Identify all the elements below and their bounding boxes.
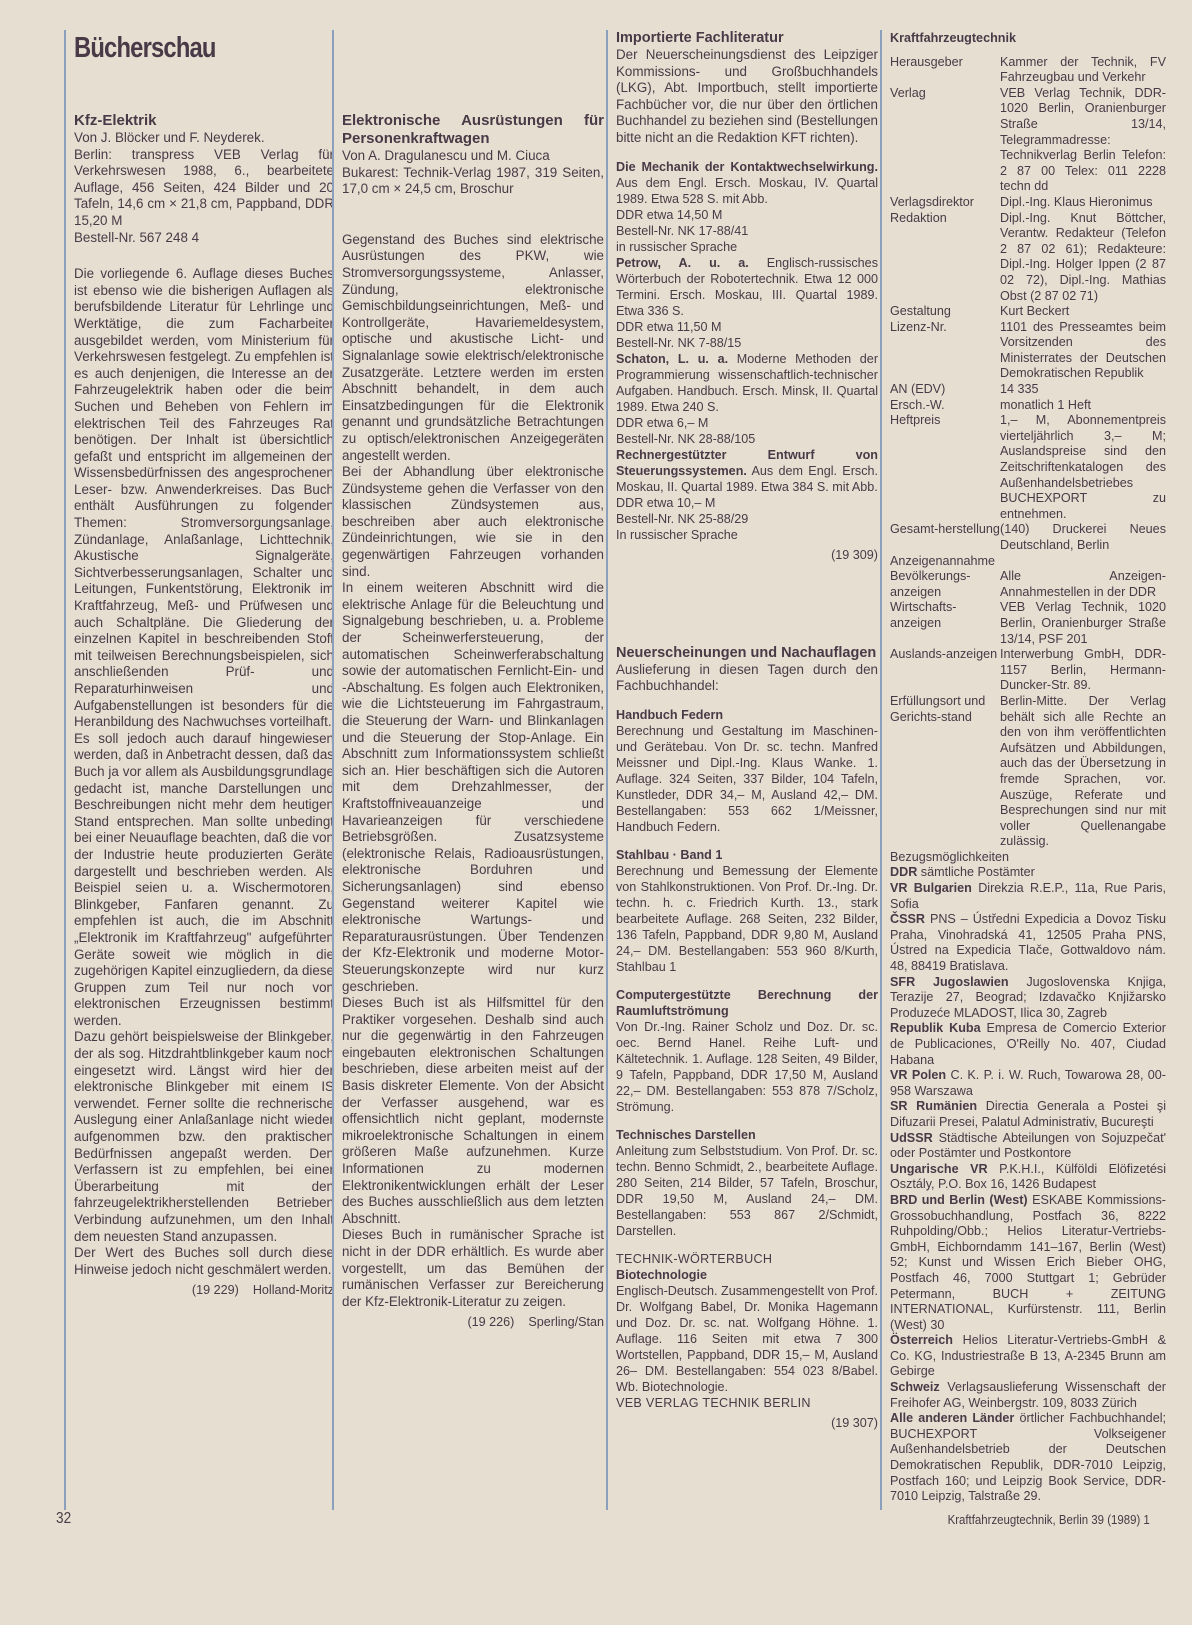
imprint-title: Kraftfahrzeugtechnik: [890, 30, 1166, 47]
reference-number: (19 307): [616, 1415, 878, 1431]
distribution-entry: SR Rumänien Directia Generala a Postei ş…: [890, 1099, 1166, 1130]
imported-entry: Die Mechanik der Kontaktwechselwirkung. …: [616, 159, 878, 255]
reference-number: (19 309): [616, 547, 878, 563]
imprint-row: Bevölkerungs-anzeigenAlle Anzeigen-Annah…: [890, 569, 1166, 600]
review-signature: (19 229)Holland-Moritz: [74, 1282, 334, 1299]
magazine-page: Bücherschau Kfz-Elektrik Von J. Blöcker …: [0, 0, 1192, 1625]
imprint-row: Auslands-anzeigenInterwerbung GmbH, DDR-…: [890, 647, 1166, 694]
distribution-entry: Alle anderen Länder örtlicher Fachbuchha…: [890, 1411, 1166, 1505]
book-publication-info: Berlin: transpress VEB Verlag für Verkeh…: [74, 147, 334, 230]
imprint-row: RedaktionDipl.-Ing. Knut Böttcher, Veran…: [890, 211, 1166, 305]
review-paragraph: Der Wert des Buches soll durch diese Hin…: [74, 1245, 334, 1278]
distribution-entry: Ungarische VR P.K.H.I., Külföldi Elöfize…: [890, 1162, 1166, 1193]
distribution-entry: BRD und Berlin (West) ESKABE Kommissions…: [890, 1193, 1166, 1333]
imprint-row: Lizenz-Nr.1101 des Presseamtes beim Vors…: [890, 320, 1166, 382]
book-authors: Von A. Dragulanescu und M. Ciuca: [342, 148, 604, 165]
imported-entry: Petrow, A. u. a. Englisch-russisches Wör…: [616, 255, 878, 351]
distribution-entry: Republik Kuba Empresa de Comercio Exteri…: [890, 1021, 1166, 1068]
distribution-entry: UdSSR Städtische Abteilungen von Sojuzpe…: [890, 1131, 1166, 1162]
book-order-number: Bestell-Nr. 567 248 4: [74, 230, 334, 247]
imprint-row: GestaltungKurt Beckert: [890, 304, 1166, 320]
book-title: Kfz-Elektrik: [74, 112, 334, 130]
page-number: 32: [56, 1510, 71, 1528]
review-paragraph: Gegenstand des Buches sind elektrische A…: [342, 232, 604, 464]
imported-entry: Schaton, L. u. a. Moderne Methoden der P…: [616, 351, 878, 447]
imprint-row: Heftpreis1,– M, Abonnementpreis viertelj…: [890, 413, 1166, 522]
reviewer-name: Holland-Moritz: [253, 1283, 334, 1297]
new-releases-heading: Neuerscheinungen und Nachauflagen: [616, 645, 878, 662]
reviewer-name: Sperling/Stan: [528, 1315, 604, 1329]
distribution-entry: SFR Jugoslawien Jugoslovenska Knjiga, Te…: [890, 975, 1166, 1022]
new-releases-intro: Auslieferung in diesen Tagen durch den F…: [616, 662, 878, 695]
column-review-elektronische-ausruestungen: Elektronische Ausrüstungen für Personenk…: [332, 30, 604, 1510]
new-release-entry: Handbuch Federn Berechnung und Gestaltun…: [616, 707, 878, 835]
review-signature: (19 226)Sperling/Stan: [342, 1314, 604, 1331]
reference-number: (19 229): [192, 1283, 239, 1297]
book-authors: Von J. Blöcker und F. Neyderek.: [74, 130, 334, 147]
publisher-name: VEB VERLAG TECHNIK BERLIN: [616, 1395, 878, 1411]
imported-literature-heading: Importierte Fachliteratur: [616, 30, 878, 47]
distribution-entry: VR Bulgarien Direkzia R.E.P., 11a, Rue P…: [890, 881, 1166, 912]
distribution-entry: Österreich Helios Literatur-Vertriebs-Gm…: [890, 1333, 1166, 1380]
imprint-row: Wirtschafts-anzeigenVEB Verlag Technik, …: [890, 600, 1166, 647]
page-section-title: Bücherschau: [74, 30, 287, 66]
imported-literature-intro: Der Neuerscheinungsdienst des Leipziger …: [616, 47, 878, 147]
ads-heading: Anzeigenannahme: [890, 554, 1166, 570]
dictionary-entry: TECHNIK-WÖRTERBUCH Biotechnologie Englis…: [616, 1251, 878, 1411]
new-release-entry: Computergestützte Berechnung der Raumluf…: [616, 987, 878, 1115]
imprint-row: AN (EDV)14 335: [890, 382, 1166, 398]
review-paragraph: Dazu gehört beispielsweise der Blinkgebe…: [74, 1029, 334, 1245]
imprint-row: Erfüllungsort und Gerichts-standBerlin-M…: [890, 694, 1166, 850]
imprint-row: HerausgeberKammer der Technik, FV Fahrze…: [890, 55, 1166, 86]
distribution-entry: Schweiz Verlagsauslieferung Wissenschaft…: [890, 1380, 1166, 1411]
review-paragraph: In einem weiteren Abschnitt wird die ele…: [342, 580, 604, 995]
new-release-entry: Technisches Darstellen Anleitung zum Sel…: [616, 1127, 878, 1239]
imprint-row: VerlagsdirektorDipl.-Ing. Klaus Hieronim…: [890, 195, 1166, 211]
review-paragraph: Es soll jedoch auch darauf hingewiesen w…: [74, 731, 334, 1030]
distribution-heading: Bezugsmöglichkeiten: [890, 850, 1166, 866]
distribution-entry: VR Polen C. K. P. i. W. Ruch, Towarowa 2…: [890, 1068, 1166, 1099]
new-release-entry: Stahlbau · Band 1 Berechnung und Bemessu…: [616, 847, 878, 975]
book-title: Elektronische Ausrüstungen für Personenk…: [342, 112, 604, 148]
column-review-kfz-elektrik: Bücherschau Kfz-Elektrik Von J. Blöcker …: [64, 30, 334, 1510]
imprint-row: VerlagVEB Verlag Technik, DDR-1020 Berli…: [890, 86, 1166, 195]
review-paragraph: Bei der Abhandlung über elektronische Zü…: [342, 464, 604, 580]
column-imprint: Kraftfahrzeugtechnik HerausgeberKammer d…: [880, 30, 1166, 1510]
distribution-entry: ČSSR PNS – Ústředni Expedicia a Dovoz Ti…: [890, 912, 1166, 974]
reference-number: (19 226): [467, 1315, 514, 1329]
review-paragraph: Dieses Buch in rumänischer Sprache ist n…: [342, 1227, 604, 1310]
column-book-listings: Importierte Fachliteratur Der Neuerschei…: [606, 30, 878, 1510]
journal-footer: Kraftfahrzeugtechnik, Berlin 39 (1989) 1: [948, 1512, 1150, 1527]
distribution-entry: DDR sämtliche Postämter: [890, 865, 1166, 881]
imprint-row: Gesamt-herstellung(140) Druckerei Neues …: [890, 522, 1166, 553]
review-paragraph: Dieses Buch ist als Hilfsmittel für den …: [342, 995, 604, 1227]
review-paragraph: Die vorliegende 6. Auflage dieses Buches…: [74, 266, 334, 731]
imprint-row: Ersch.-W.monatlich 1 Heft: [890, 398, 1166, 414]
imported-entry: Rechnergestützter Entwurf von Steuerungs…: [616, 447, 878, 543]
book-publication-info: Bukarest: Technik-Verlag 1987, 319 Seite…: [342, 165, 604, 198]
